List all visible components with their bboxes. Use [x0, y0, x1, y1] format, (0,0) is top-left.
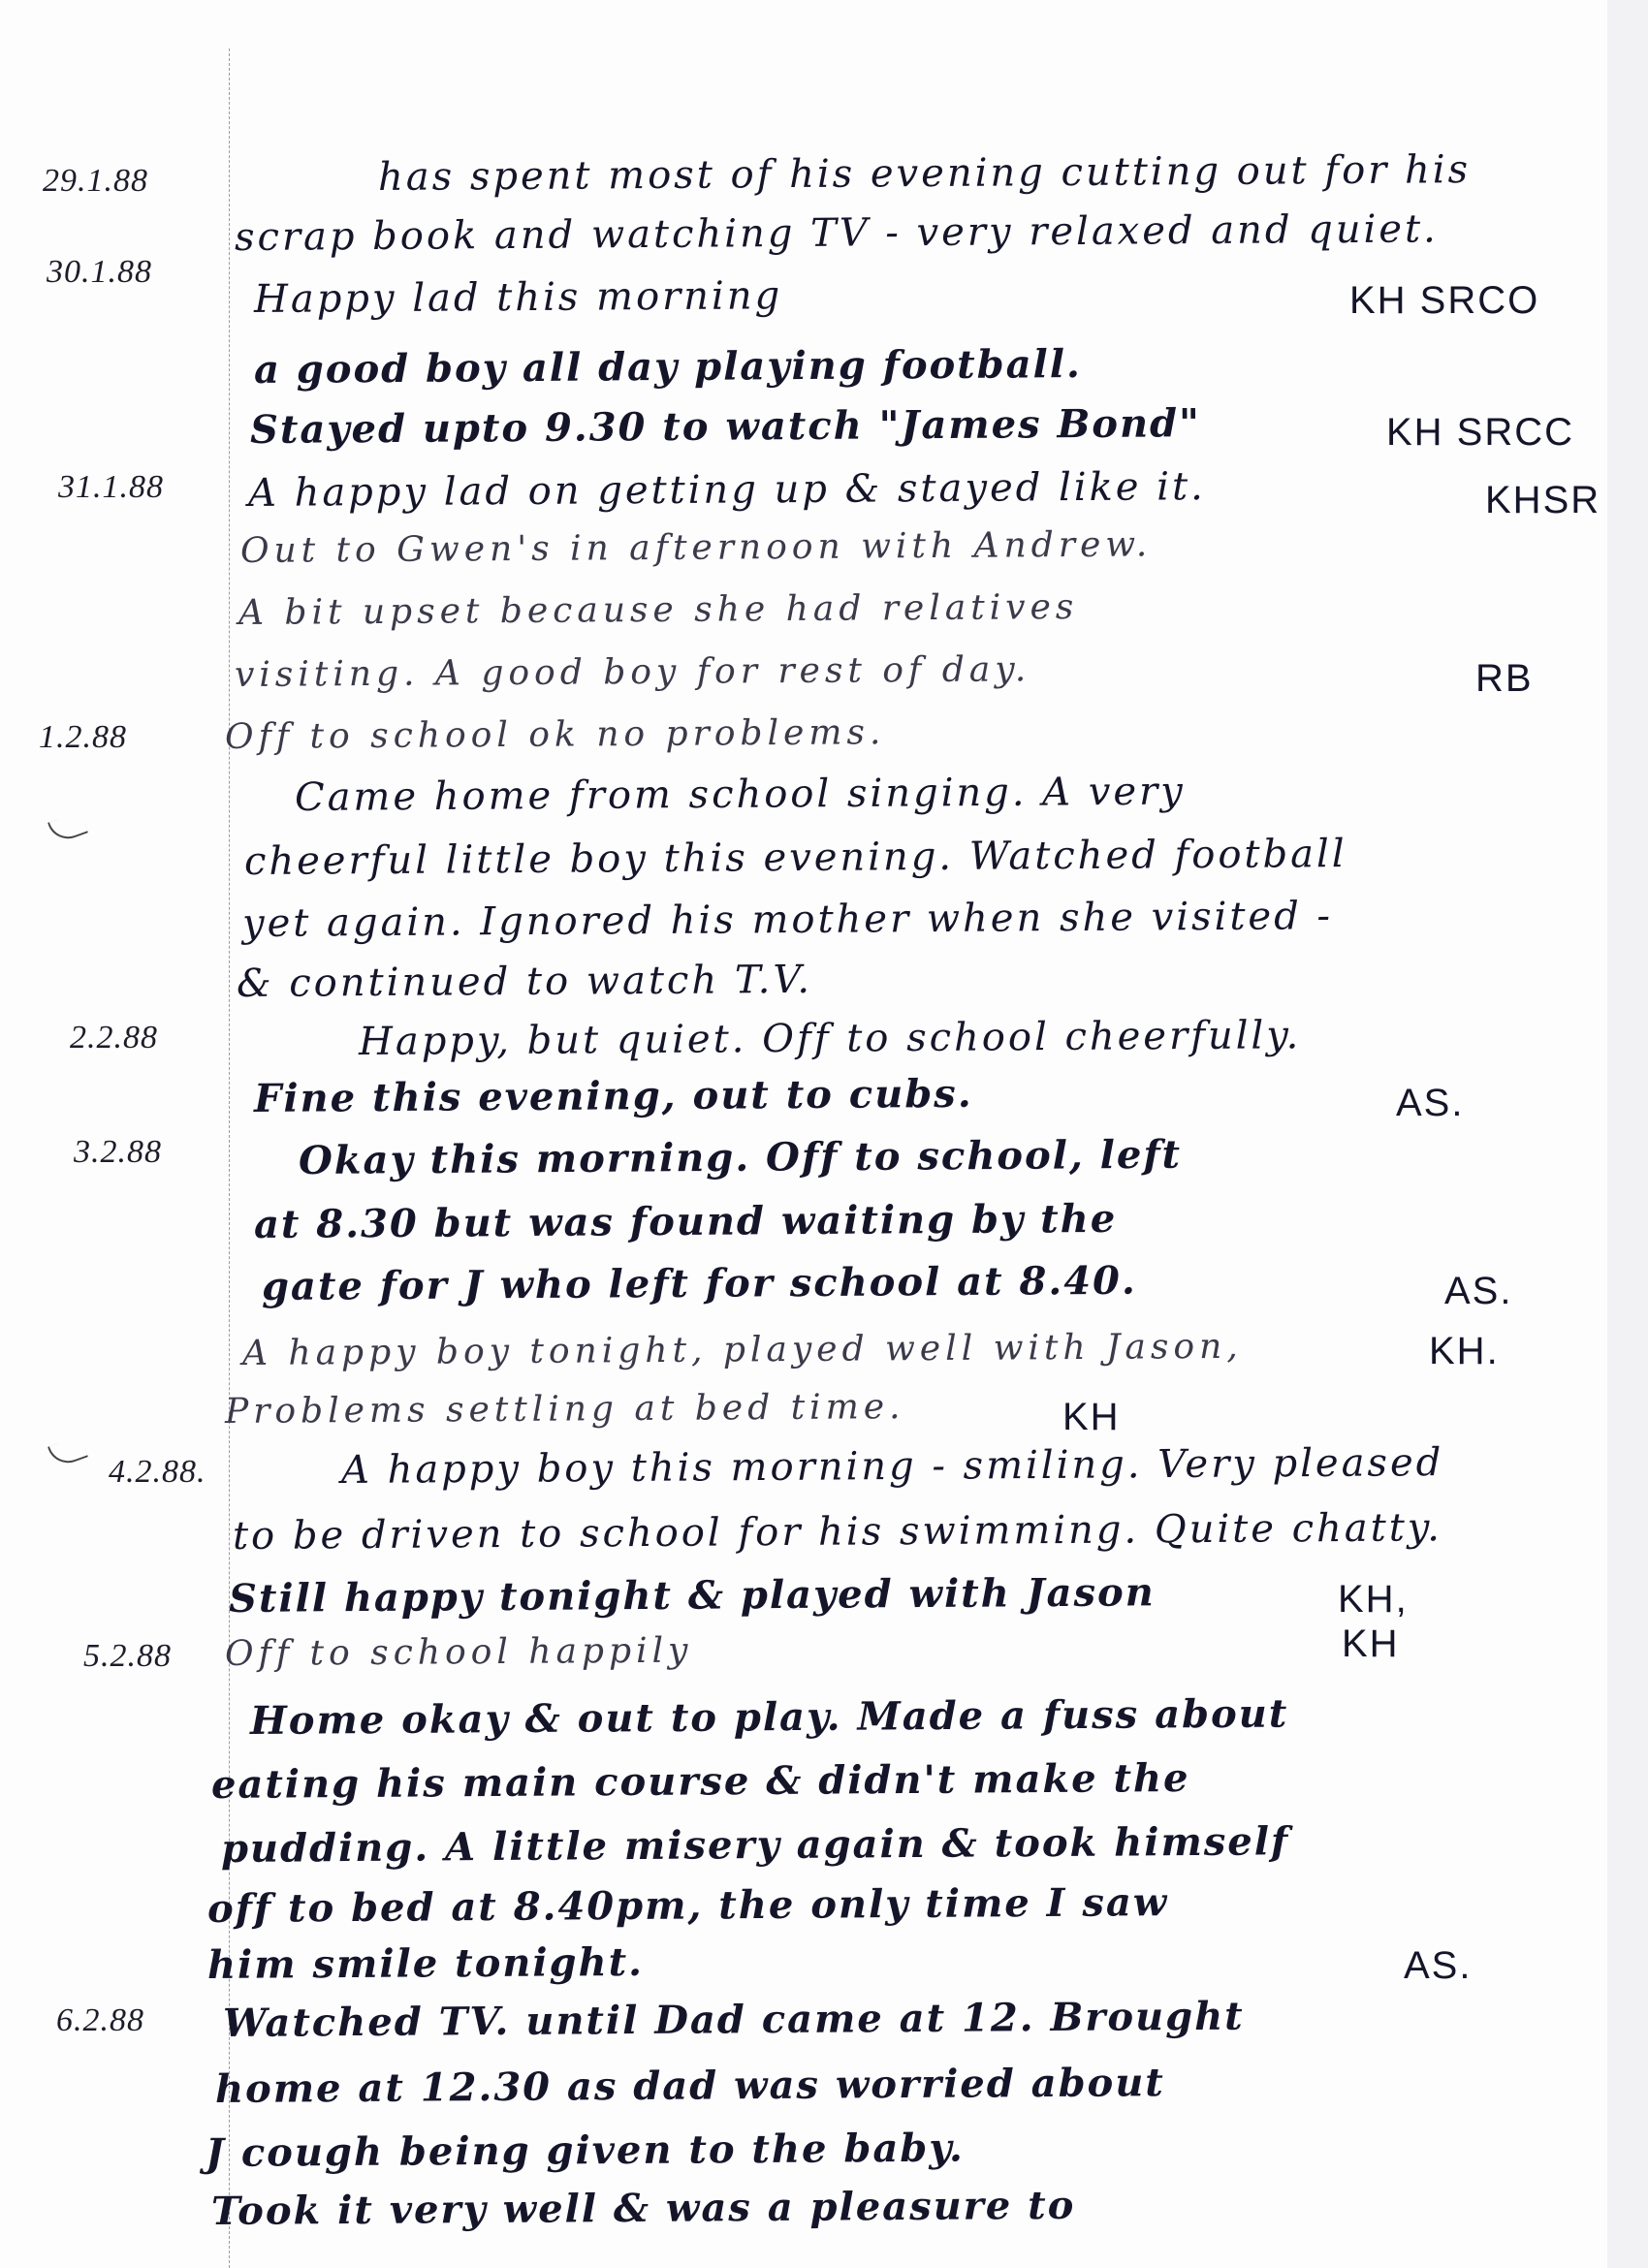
- staff-initials: KHSR: [1485, 479, 1600, 522]
- entry-line: off to bed at 8.40pm, the only time I sa…: [207, 1879, 1169, 1932]
- entry-date: 31.1.88: [58, 469, 164, 506]
- scan-edge: [1607, 0, 1648, 2268]
- entry-date: 2.2.88: [70, 1020, 158, 1056]
- entry-date: 30.1.88: [47, 254, 152, 291]
- entry-line: J cough being given to the baby.: [206, 2126, 965, 2176]
- entry-date: 29.1.88: [43, 163, 148, 200]
- entry-line: at 8.30 but was found waiting by the: [254, 1196, 1118, 1247]
- entry-line: Fine this evening, out to cubs.: [254, 1071, 973, 1121]
- staff-initials: KH SRCC: [1386, 411, 1574, 455]
- entry-line: home at 12.30 as dad was worried about: [215, 2060, 1165, 2112]
- entry-line: Happy, but quiet. Off to school cheerful…: [359, 1013, 1302, 1064]
- entry-date: 5.2.88: [83, 1638, 172, 1675]
- staff-initials: AS.: [1404, 1944, 1472, 1988]
- entry-line: gate for J who left for school at 8.40.: [262, 1258, 1137, 1309]
- entry-line: has spent most of his evening cutting ou…: [378, 147, 1471, 200]
- entry-line: eating his main course & didn't make the: [211, 1755, 1190, 1808]
- entry-date: 4.2.88.: [109, 1454, 206, 1491]
- entry-line: Took it very well & was a pleasure to: [211, 2183, 1076, 2234]
- entry-line: Off to school happily: [225, 1631, 693, 1674]
- entry-line: Happy lad this morning: [254, 273, 782, 322]
- staff-initials: KH: [1062, 1396, 1121, 1439]
- entry-line: yet again. Ignored his mother when she v…: [242, 894, 1333, 946]
- entry-date: 1.2.88: [39, 719, 127, 756]
- entry-line: & continued to watch T.V.: [237, 958, 812, 1006]
- entry-line: A happy boy this morning - smiling. Very…: [341, 1440, 1444, 1493]
- entry-line: a good boy all day playing football.: [254, 341, 1082, 393]
- entry-line: Watched TV. until Dad came at 12. Brough…: [223, 1994, 1245, 2046]
- entry-line: Out to Gwen's in afternoon with Andrew.: [240, 524, 1153, 571]
- entry-line: Off to school ok no problems.: [225, 712, 886, 757]
- margin-rule: [229, 48, 230, 2268]
- entry-line: Home okay & out to play. Made a fuss abo…: [250, 1691, 1289, 1744]
- entry-line: scrap book and watching TV - very relaxe…: [235, 206, 1439, 260]
- staff-initials: KH,: [1338, 1578, 1409, 1622]
- entry-line: Problems settling at bed time.: [225, 1387, 905, 1432]
- staff-initials: RB: [1475, 657, 1534, 701]
- staff-initials: AS.: [1444, 1270, 1512, 1313]
- staff-initials: KH: [1342, 1622, 1400, 1666]
- staff-initials: AS.: [1396, 1082, 1464, 1125]
- entry-line: Okay this morning. Off to school, left: [299, 1132, 1182, 1183]
- entry-line: to be driven to school for his swimming.…: [233, 1505, 1442, 1559]
- entry-line: Still happy tonight & played with Jason: [229, 1569, 1156, 1622]
- entry-line: him smile tonight.: [207, 1939, 644, 1988]
- staff-initials: KH SRCO: [1349, 279, 1539, 323]
- entry-date: 3.2.88: [74, 1134, 162, 1171]
- scanned-page: 29.1.88 has spent most of his evening cu…: [0, 0, 1648, 2268]
- tick-mark-icon: [48, 1435, 88, 1469]
- entry-line: visiting. A good boy for rest of day.: [235, 649, 1031, 695]
- entry-line: Came home from school singing. A very: [295, 770, 1186, 820]
- entry-line: cheerful little boy this evening. Watche…: [244, 832, 1347, 884]
- entry-date: 6.2.88: [56, 2002, 144, 2039]
- entry-line: pudding. A little misery again & took hi…: [221, 1818, 1289, 1872]
- entry-line: Stayed upto 9.30 to watch "James Bond": [250, 400, 1201, 453]
- staff-initials: KH.: [1429, 1330, 1500, 1373]
- tick-mark-icon: [48, 811, 88, 845]
- entry-line: A bit upset because she had relatives: [238, 587, 1079, 633]
- entry-line: A happy lad on getting up & stayed like …: [248, 464, 1206, 516]
- entry-line: A happy boy tonight, played well with Ja…: [242, 1327, 1243, 1373]
